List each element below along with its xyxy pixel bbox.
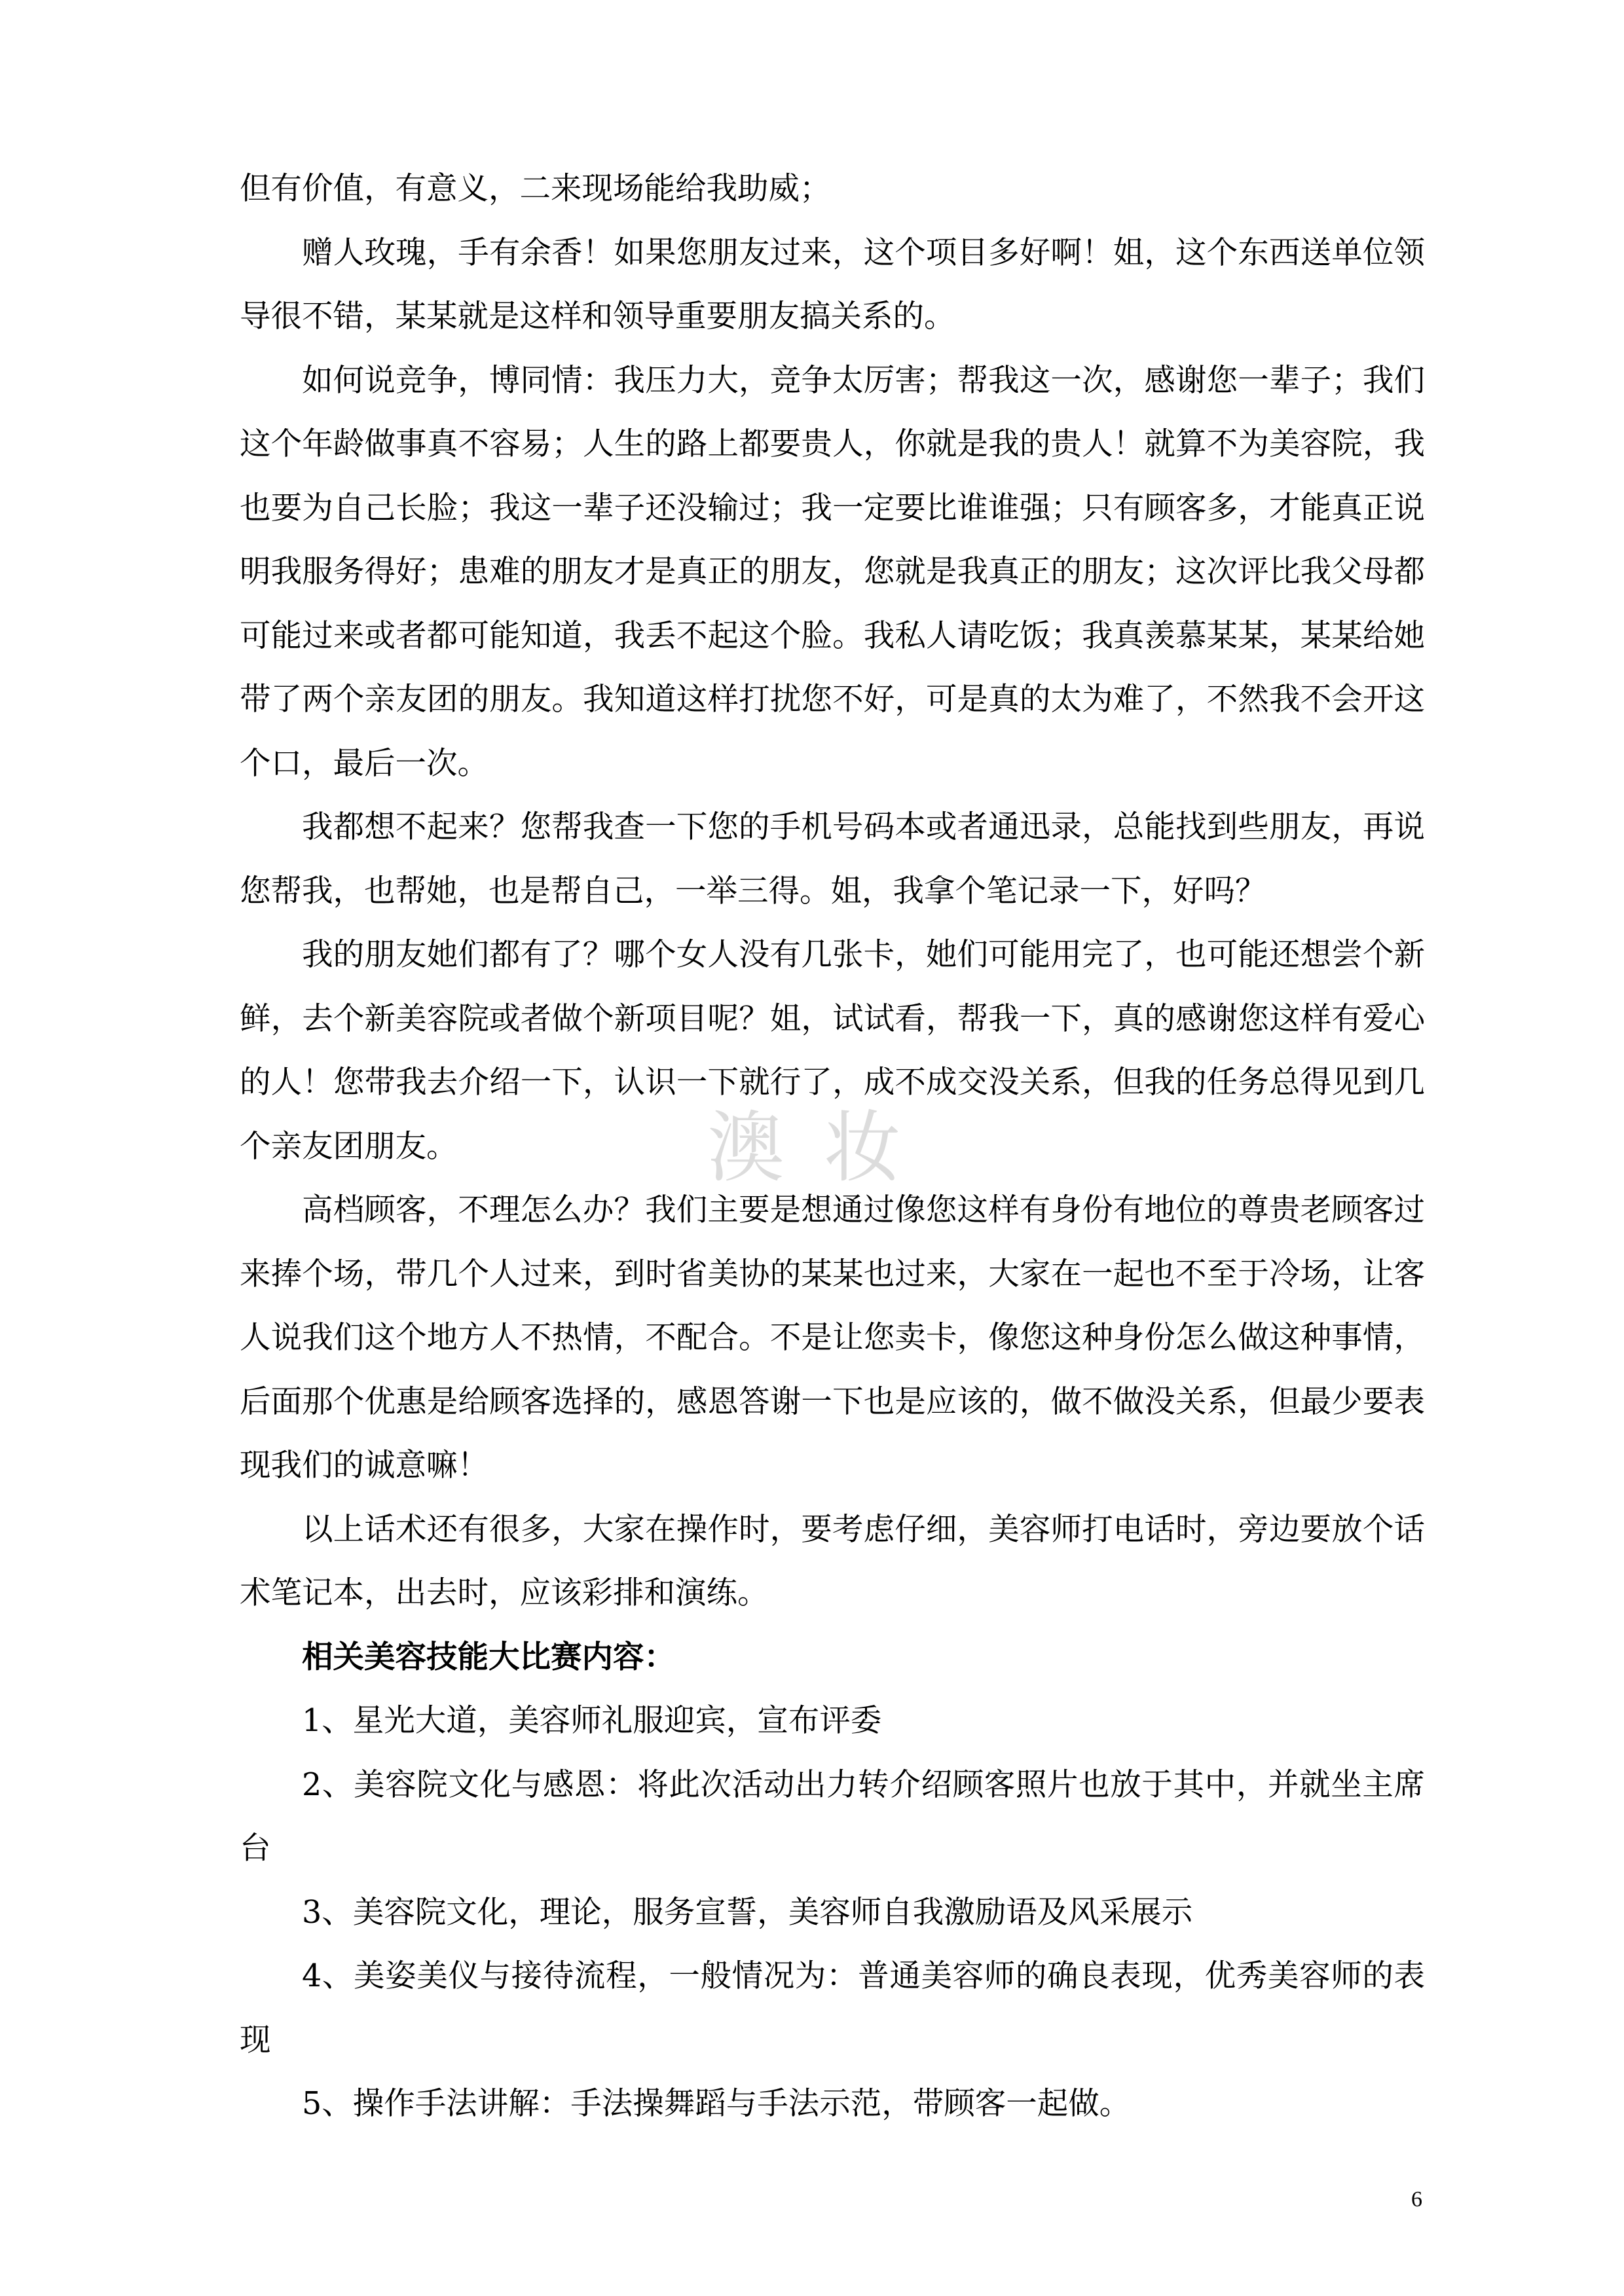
paragraph-competition-sympathy: 如何说竞争，博同情：我压力大，竞争太厉害；帮我这一次，感谢您一辈子；我们这个年龄… (240, 349, 1425, 796)
list-item-1: 1、星光大道，美容师礼服迎宾，宣布评委 (240, 1689, 1425, 1753)
list-item-5: 5、操作手法讲解：手法操舞蹈与手法示范，带顾客一起做。 (240, 2072, 1425, 2136)
document-body: 但有价值，有意义，二来现场能给我助威； 赠人玫瑰，手有余香！如果您朋友过来，这个… (240, 157, 1425, 2136)
paragraph-scripts-note: 以上话术还有很多，大家在操作时，要考虑仔细，美容师打电话时，旁边要放个话术笔记本… (240, 1498, 1425, 1626)
page-number: 6 (1411, 2187, 1422, 2213)
list-item-3: 3、美容院文化，理论，服务宣誓，美容师自我激励语及风采展示 (240, 1881, 1425, 1945)
list-item-2: 2、美容院文化与感恩：将此次活动出力转介绍顾客照片也放于其中，并就坐主席台 (240, 1753, 1425, 1881)
list-item-4: 4、美姿美仪与接待流程，一般情况为：普通美容师的确良表现，优秀美容师的表现 (240, 1944, 1425, 2072)
paragraph-continuation: 但有价值，有意义，二来现场能给我助威； (240, 157, 1425, 221)
section-heading-competition-content: 相关美容技能大比赛内容： (240, 1626, 1425, 1690)
paragraph-roses: 赠人玫瑰，手有余香！如果您朋友过来，这个项目多好啊！姐，这个东西送单位领导很不错… (240, 221, 1425, 349)
paragraph-high-end-customers: 高档顾客，不理怎么办？我们主要是想通过像您这样有身份有地位的尊贵老顾客过来捧个场… (240, 1178, 1425, 1498)
document-page: 但有价值，有意义，二来现场能给我助威； 赠人玫瑰，手有余香！如果您朋友过来，这个… (0, 0, 1624, 2296)
paragraph-cannot-remember: 我都想不起来？您帮我查一下您的手机号码本或者通迅录，总能找到些朋友，再说您帮我，… (240, 795, 1425, 923)
paragraph-friends-have-cards: 我的朋友她们都有了？哪个女人没有几张卡，她们可能用完了，也可能还想尝个新鲜，去个… (240, 923, 1425, 1178)
